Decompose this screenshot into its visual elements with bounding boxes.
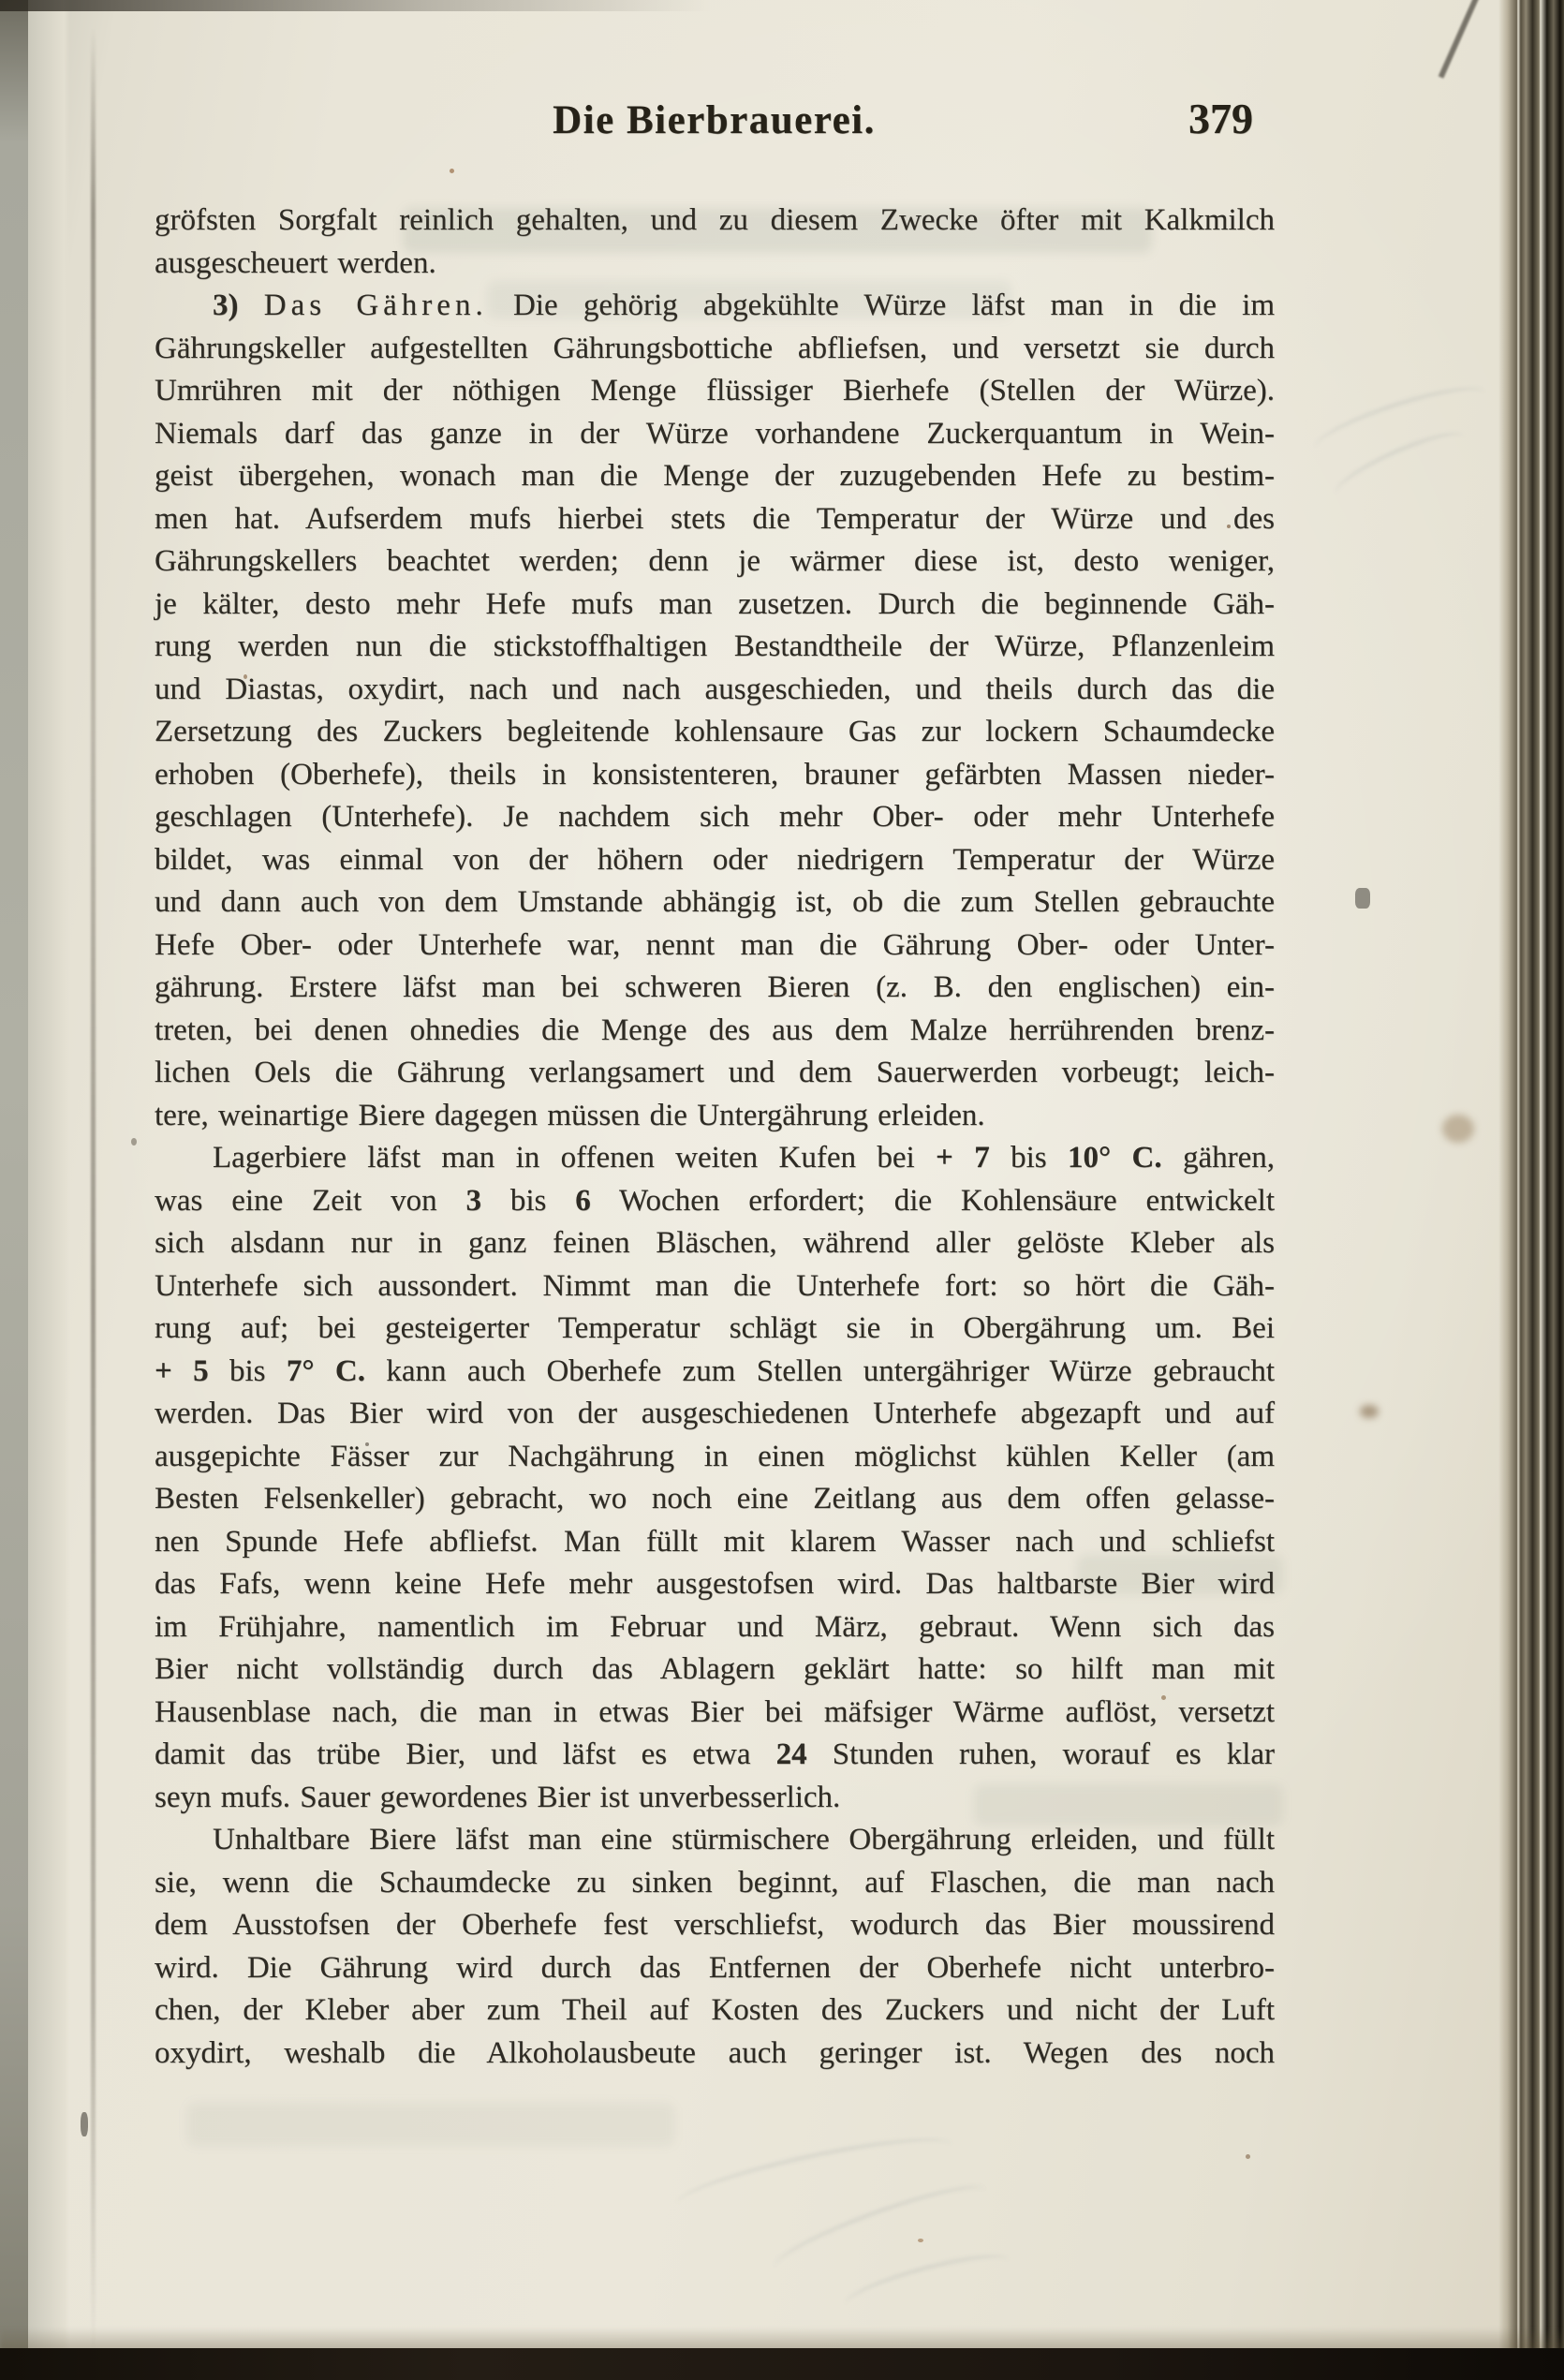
emphasized-text: 24 xyxy=(776,1737,807,1771)
text-line: im Frühjahre, namentlich im Februar und … xyxy=(155,1606,1275,1649)
emphasized-text: + 5 xyxy=(155,1354,209,1388)
plain-text: Stunden ruhen, worauf es klar xyxy=(807,1737,1275,1771)
emphasized-text: 10° C. xyxy=(1068,1141,1162,1175)
text-line: werden. Das Bier wird von der ausgeschie… xyxy=(155,1393,1275,1436)
page-header: Die Bierbrauerei. 379 xyxy=(155,97,1274,154)
plain-text: Die gehörig abgekühlte Würze läfst man i… xyxy=(488,288,1275,322)
text-line: 3) Das Gähren. Die gehörig abgekühlte Wü… xyxy=(155,285,1275,328)
text-line: bildet, was einmal von der höhern oder n… xyxy=(155,839,1275,882)
emphasized-text: 3 xyxy=(465,1184,481,1218)
emphasized-text: 7° C. xyxy=(287,1354,365,1388)
text-line: Hefe Ober- oder Unterhefe war, nennt man… xyxy=(155,924,1275,968)
paper-speck xyxy=(131,1138,137,1146)
plain-text: bis xyxy=(990,1141,1068,1175)
scan-edge-bottom xyxy=(0,2348,1564,2380)
text-line: Umrühren mit der nöthigen Menge flüssige… xyxy=(155,370,1275,413)
page-number: 379 xyxy=(1188,94,1253,143)
plain-text: bis xyxy=(481,1184,575,1218)
body-text: gröfsten Sorgfalt reinlich gehalten, und… xyxy=(155,200,1275,2075)
text-line: oxydirt, weshalb die Alkoholausbeute auc… xyxy=(155,2033,1275,2076)
text-line: seyn mufs. Sauer gewordenes Bier ist unv… xyxy=(155,1777,1275,1820)
text-line: gährung. Erstere läfst man bei schweren … xyxy=(155,967,1275,1010)
text-line: Niemals darf das ganze in der Würze vorh… xyxy=(155,413,1275,456)
text-line: treten, bei denen ohnedies die Menge des… xyxy=(155,1010,1275,1053)
plain-text: bis xyxy=(209,1354,287,1388)
letterspaced-text: Das Gähren. xyxy=(264,288,488,322)
text-line: sich alsdann nur in ganz feinen Bläschen… xyxy=(155,1222,1275,1265)
plain-text: Wochen erfordert; die Kohlensäure entwic… xyxy=(591,1184,1275,1218)
text-line: Gährungskellers beachtet werden; denn je… xyxy=(155,540,1275,584)
text-line: Bier nicht vollständig durch das Ablager… xyxy=(155,1648,1275,1692)
text-line: damit das trübe Bier, und läfst es etwa … xyxy=(155,1734,1275,1777)
text-line: wird. Die Gährung wird durch das Entfern… xyxy=(155,1947,1275,1990)
page-edge-right xyxy=(1498,0,1564,2380)
binding-edge xyxy=(0,0,28,2380)
text-line: tere, weinartige Biere dagegen müssen di… xyxy=(155,1095,1275,1138)
text-line: lichen Oels die Gährung verlangsamert un… xyxy=(155,1052,1275,1095)
text-line: rung auf; bei gesteigerter Temperatur sc… xyxy=(155,1308,1275,1351)
text-line: + 5 bis 7° C. kann auch Oberhefe zum Ste… xyxy=(155,1351,1275,1394)
text-line: je kälter, desto mehr Hefe mufs man zuse… xyxy=(155,584,1275,627)
text-line: was eine Zeit von 3 bis 6 Wochen erforde… xyxy=(155,1180,1275,1223)
emphasized-text: 3) xyxy=(213,288,264,322)
plain-text: Lagerbiere läfst man in offenen weiten K… xyxy=(213,1141,936,1175)
paper-speck xyxy=(918,2239,923,2242)
text-line: geist übergehen, wonach man die Menge de… xyxy=(155,455,1275,498)
emphasized-text: + 7 xyxy=(936,1141,990,1175)
book-page-scan: Die Bierbrauerei. 379 gröfsten Sorgfalt … xyxy=(0,0,1564,2380)
page-heading: Die Bierbrauerei. xyxy=(155,97,1274,143)
text-line: Unterhefe sich aussondert. Nimmt man die… xyxy=(155,1265,1275,1308)
text-line: sie, wenn die Schaumdecke zu sinken begi… xyxy=(155,1862,1275,1905)
plain-text: was eine Zeit von xyxy=(155,1184,465,1218)
text-line: und Diastas, oxydirt, nach und nach ausg… xyxy=(155,669,1275,712)
text-line: Hausenblase nach, die man in etwas Bier … xyxy=(155,1692,1275,1735)
paper-speck xyxy=(1355,888,1370,909)
paper-speck xyxy=(81,2112,88,2136)
binding-highlight xyxy=(28,0,70,2380)
text-line: chen, der Kleber aber zum Theil auf Kost… xyxy=(155,1989,1275,2033)
emphasized-text: 6 xyxy=(575,1184,591,1218)
scan-edge-top xyxy=(0,0,712,11)
handwriting-ghost xyxy=(842,2245,1012,2318)
text-line: men hat. Aufserdem mufs hierbei stets di… xyxy=(155,498,1275,541)
paper-speck xyxy=(1246,2154,1250,2159)
plain-text: kann auch Oberhefe zum Stellen untergähr… xyxy=(365,1354,1275,1388)
plain-text: gähren, xyxy=(1162,1141,1275,1175)
page-crease xyxy=(91,28,96,2351)
text-line: und dann auch von dem Umstande abhängig … xyxy=(155,881,1275,924)
text-line: geschlagen (Unterhefe). Je nachdem sich … xyxy=(155,796,1275,839)
text-line: Gährungskeller aufgestellten Gährungsbot… xyxy=(155,328,1275,371)
text-line: Zersetzung des Zuckers begleitende kohle… xyxy=(155,711,1275,754)
text-line: gröfsten Sorgfalt reinlich gehalten, und… xyxy=(155,200,1275,243)
paper-stain xyxy=(1360,1405,1379,1418)
text-line: ausgescheuert werden. xyxy=(155,243,1275,286)
paper-speck xyxy=(450,169,454,173)
text-line: Lagerbiere läfst man in offenen weiten K… xyxy=(155,1137,1275,1180)
text-line: Besten Felsenkeller) gebracht, wo noch e… xyxy=(155,1478,1275,1521)
text-line: erhoben (Oberhefe), theils in konsistent… xyxy=(155,754,1275,797)
text-line: rung werden nun die stickstoffhaltigen B… xyxy=(155,626,1275,669)
text-line: ausgepichte Fässer zur Nachgährung in ei… xyxy=(155,1436,1275,1479)
text-line: das Fafs, wenn keine Hefe mehr ausgestof… xyxy=(155,1563,1275,1606)
text-line: dem Ausstofsen der Oberhefe fest verschl… xyxy=(155,1904,1275,1947)
showthrough-smear xyxy=(187,2103,674,2146)
plain-text: damit das trübe Bier, und läfst es etwa xyxy=(155,1737,776,1771)
paper-stain xyxy=(1442,1115,1474,1143)
text-line: nen Spunde Hefe abfliefst. Man füllt mit… xyxy=(155,1521,1275,1564)
text-line: Unhaltbare Biere läfst man eine stürmisc… xyxy=(155,1819,1275,1862)
